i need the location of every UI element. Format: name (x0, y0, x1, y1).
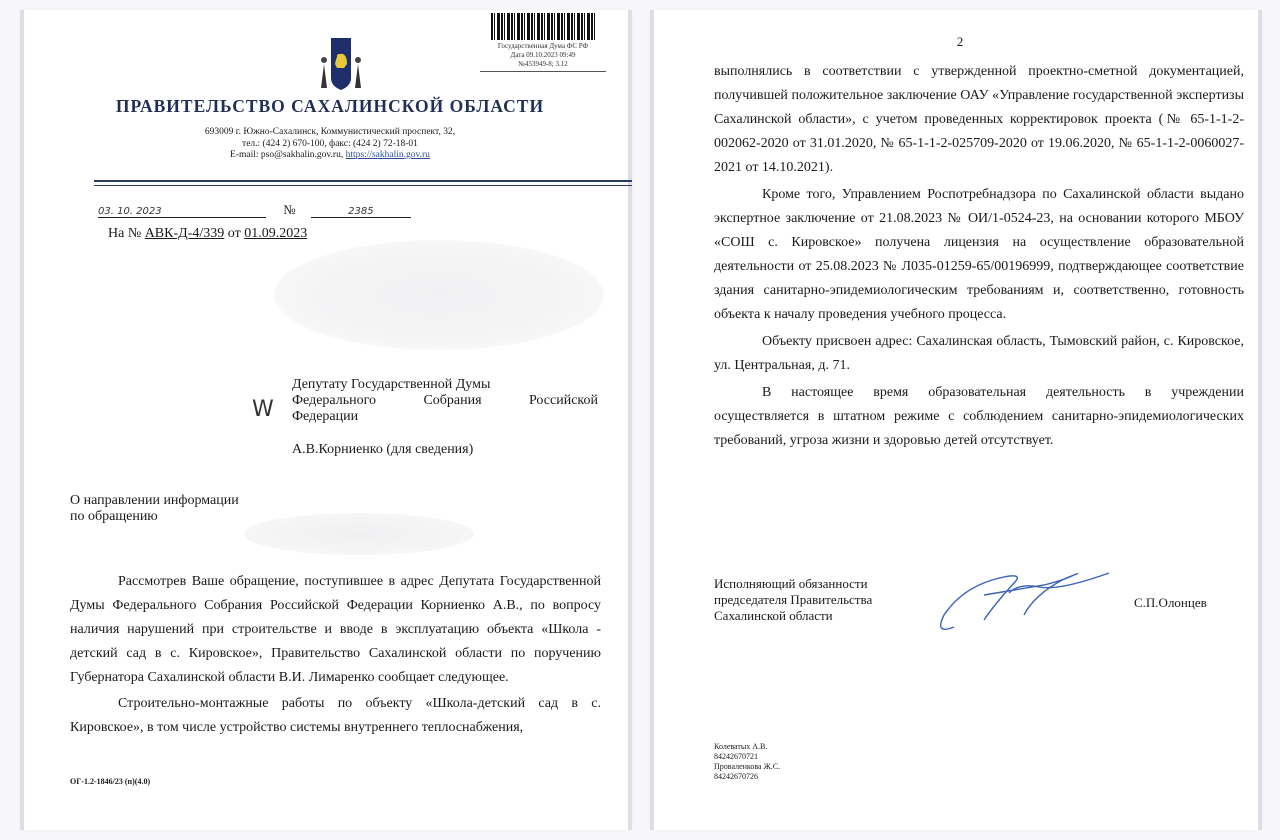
executor-name: Колеватых А.В. (714, 742, 780, 752)
paragraph: Рассмотрев Ваше обращение, поступившее в… (70, 570, 601, 690)
letter-subject: О направлении информации по обращению (70, 493, 239, 525)
stamp-number: №453949-8; 3.12 (480, 60, 606, 69)
executor-phone: 84242670721 (714, 752, 780, 762)
paragraph: Кроме того, Управлением Роспотребнадзора… (714, 183, 1244, 327)
signatory-name: С.П.Олонцев (1134, 595, 1207, 611)
addressee-block: Депутату Государственной Думы Федерально… (292, 377, 598, 425)
reference-date: 01.09.2023 (244, 226, 307, 241)
registration-line: 03. 10. 2023 № 2385 (98, 202, 411, 218)
reference-line: На № АВК-Д-4/339 от 01.09.2023 (108, 226, 307, 242)
reference-number: АВК-Д-4/339 (145, 226, 225, 241)
handwritten-signature-icon (924, 565, 1124, 635)
addressee-name: А.В.Корниенко (для сведения) (292, 442, 473, 458)
executors-block: Колеватых А.В. 84242670721 Проваленкова … (714, 742, 780, 782)
page-number: 2 (654, 34, 1266, 50)
letter-page-2: 2 выполнялись в соответствии с утвержден… (650, 10, 1262, 830)
outgoing-number: 2385 (311, 206, 411, 218)
letterhead-divider (94, 180, 632, 186)
redacted-area-2 (244, 513, 474, 555)
address-email: E-mail: pso@sakhalin.gov.ru, (230, 150, 346, 160)
organization-address: 693009 г. Южно-Сахалинск, Коммунистическ… (24, 127, 636, 162)
organization-title: ПРАВИТЕЛЬСТВО САХАЛИНСКОЙ ОБЛАСТИ (24, 96, 636, 117)
paragraph: выполнялись в соответствии с утвержденно… (714, 60, 1244, 180)
sakhalin-coat-of-arms-icon (317, 34, 365, 94)
signatory-title: Исполняющий обязанности председателя Пра… (714, 576, 872, 624)
stamp-recipient: Государственная Дума ФС РФ (480, 42, 606, 51)
letter-body-page-1: Рассмотрев Ваше обращение, поступившее в… (70, 570, 601, 740)
executor-name: Проваленкова Ж.С. (714, 762, 780, 772)
website-link[interactable]: https://sakhalin.gov.ru (346, 150, 430, 160)
paragraph: В настоящее время образовательная деятел… (714, 381, 1244, 453)
address-phone: тел.: (424 2) 670-100, факс: (424 2) 72-… (24, 139, 636, 151)
handwritten-initials-icon: W (252, 397, 274, 422)
registration-stamp: Государственная Дума ФС РФ Дата 09.10.20… (480, 13, 606, 71)
document-code: ОГ-1.2-1846/23 (п)(4.0) (70, 777, 150, 786)
address-street: 693009 г. Южно-Сахалинск, Коммунистическ… (24, 127, 636, 139)
paragraph: Строительно-монтажные работы по объекту … (70, 692, 601, 740)
barcode-icon (491, 13, 595, 40)
redacted-area (274, 240, 604, 350)
letter-body-page-2: выполнялись в соответствии с утвержденно… (714, 60, 1244, 453)
letter-page-1: Государственная Дума ФС РФ Дата 09.10.20… (20, 10, 632, 830)
stamp-date: Дата 09.10.2023 09:49 (480, 51, 606, 60)
outgoing-date: 03. 10. 2023 (98, 206, 266, 218)
executor-phone: 84242670726 (714, 772, 780, 782)
number-label: № (283, 202, 295, 217)
paragraph: Объекту присвоен адрес: Сахалинская обла… (714, 330, 1244, 378)
